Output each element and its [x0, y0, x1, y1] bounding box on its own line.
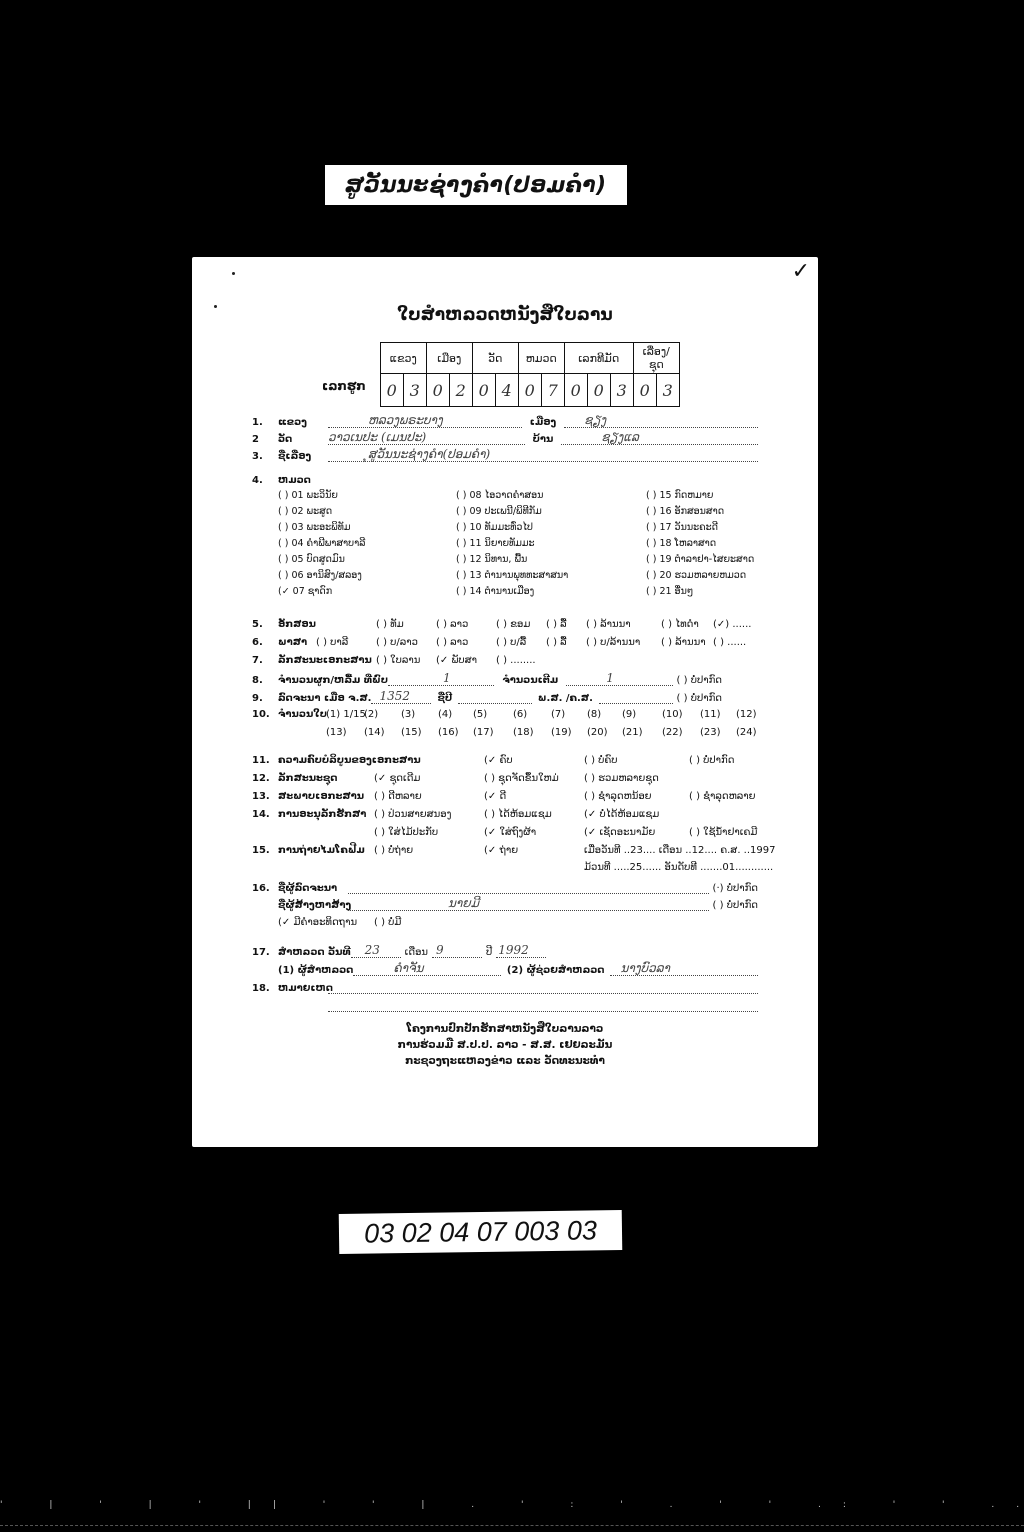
- condition-option[interactable]: (✓ ດີ: [484, 791, 584, 802]
- code-digit[interactable]: 2: [449, 374, 472, 407]
- category-option[interactable]: ( ) 10 ທັມມະທົ່ວໄປ: [456, 522, 646, 533]
- category-option[interactable]: ( ) 01 ພະວິນັຍ: [278, 490, 456, 501]
- code-col-bundle: ເລກທີມັດ: [564, 343, 633, 374]
- language-option[interactable]: ( ) ບ/ລື້: [496, 637, 546, 648]
- condition-option[interactable]: ( ) ຊຳລຸດຫລາຍ: [689, 791, 756, 802]
- code-digit[interactable]: 0: [426, 374, 449, 407]
- category-option[interactable]: ( ) 09 ປະເພນີ/ພິທີກັມ: [456, 506, 646, 517]
- document-id-label: 03 02 04 07 003 03: [339, 1210, 623, 1254]
- field-count-row: 8. ຈຳນວນຜູກ/ຫລື້ມ ທີ່ພົບ 1 ຈຳນວນເຕີມ 1 (…: [252, 673, 722, 686]
- field-completeness-row: 11. ຄວາມຄົບບໍລິບູນຂອງເອກະສານ (✓ ຄົບ ( ) …: [252, 755, 734, 766]
- category-options: ( ) 01 ພະວິນັຍ ( ) 08 ໄອວາດຄຳສອນ ( ) 15 …: [278, 490, 758, 597]
- code-col-district: ເມືອງ: [426, 343, 472, 374]
- remarks-line-2: [328, 999, 758, 1012]
- field-number: 6.: [252, 637, 278, 648]
- field-number: 10.: [252, 709, 278, 720]
- bundle-count-input[interactable]: 1: [388, 673, 494, 686]
- code-digit[interactable]: 0: [633, 374, 656, 407]
- field-label: ຈຳນວນເຕີມ: [502, 675, 558, 686]
- field-number: 3.: [252, 451, 278, 462]
- script-option[interactable]: ( ) ໄທດຳ: [661, 619, 713, 630]
- bundle-count-value: 1: [443, 671, 451, 685]
- field-province-row: 1. ແຂວງ ຫລວງພຣະບາງ ເມືອງ ຊຽງ: [252, 415, 758, 428]
- completeness-option[interactable]: ( ) ບໍ່ຄົບ: [584, 755, 689, 766]
- language-option[interactable]: ( ) ......: [713, 637, 746, 648]
- field-number: 4.: [252, 475, 278, 486]
- sponsor-input[interactable]: ນາຍມີ: [348, 898, 709, 911]
- microfilm-roll: ມ້ວນທີ .....25...... ອັນດັບທີ .......01.…: [584, 862, 773, 873]
- field-number: 12.: [252, 773, 278, 784]
- conservation-option[interactable]: ( ) ໃສ່ໄມ້ປະກັບ: [374, 827, 484, 838]
- dedication-option[interactable]: (✓ ມີຄຳອະທິດຖານ: [278, 917, 374, 928]
- leaf-count-slot[interactable]: (9): [622, 709, 662, 720]
- script-option[interactable]: ( ) ຂອມ: [496, 619, 546, 630]
- category-option[interactable]: ( ) 21 ອື່ນໆ: [646, 586, 758, 597]
- field-microfilm-row: 15. ການຖ່າຍໄມໂຄຟີມ ( ) ບໍ່ຖ່າຍ (✓ ຖ່າຍ ເ…: [252, 845, 775, 856]
- field-label: ຈຳນວນໃບ: [278, 709, 326, 720]
- category-option[interactable]: ( ) 14 ຕຳນານເມືອງ: [456, 586, 646, 597]
- field-label: ພາສາ: [278, 637, 316, 648]
- set-type-option[interactable]: (✓ ຊຸດເດີມ: [374, 773, 484, 784]
- field-label: ວັດ: [278, 434, 328, 445]
- manuscript-title-label: ສູວັນນະຊ່າງຄຳ(ປອມຄຳ): [325, 165, 627, 205]
- conservation-option[interactable]: ( ) ໄດ້ຫ້ອມແຊມ: [484, 809, 584, 820]
- field-number: 17.: [252, 947, 278, 958]
- field-label: ລັກສະນະຊຸດ: [278, 773, 374, 784]
- leaf-count-slot[interactable]: (3): [401, 709, 438, 720]
- story-title-value: ຸສູວັນນະຊ່າງຄຳ(ປອມຄຳ): [368, 447, 490, 461]
- category-option[interactable]: ( ) 05 ບົດສູດມົນ: [278, 554, 456, 565]
- field-number: 14.: [252, 809, 278, 820]
- leaf-count-slot[interactable]: (15): [401, 727, 438, 738]
- field-number: 1.: [252, 417, 278, 428]
- assistant-input[interactable]: ນາງບົວລາ: [610, 963, 758, 976]
- category-option[interactable]: ( ) 03 ພະອະພິທັມ: [278, 522, 456, 533]
- survey-form-card: ✓ ໃບສຳຫລວດຫນັງສືໃບລານ ເລກຮູກ ແຂວງ ເມືອງ …: [192, 257, 818, 1147]
- field-number: 11.: [252, 755, 278, 766]
- leaf-count-slot[interactable]: (12): [736, 709, 757, 720]
- set-type-option[interactable]: ( ) ຊຸດຈັດຂຶ້ນໃຫມ່: [484, 773, 584, 784]
- leaf-count-slot[interactable]: (2): [364, 709, 401, 720]
- dedication-option[interactable]: ( ) ບໍ່ມີ: [374, 917, 401, 928]
- field-label: ຫມວດ: [278, 475, 311, 486]
- field-number: 15.: [252, 845, 278, 856]
- document-type-option[interactable]: ( ) ........: [496, 655, 536, 666]
- condition-option[interactable]: ( ) ດີຫລາຍ: [374, 791, 484, 802]
- temple-input[interactable]: ວາວເນປະ (ເມນປະ): [328, 432, 525, 445]
- code-digit[interactable]: 4: [495, 374, 518, 407]
- survey-month-value: 9: [436, 943, 444, 957]
- leaf-count-slot[interactable]: (7): [551, 709, 587, 720]
- completeness-option[interactable]: ( ) ບໍ່ປາກົດ: [689, 755, 734, 766]
- field-number: 9.: [252, 693, 278, 704]
- leaf-count-slot[interactable]: (4): [438, 709, 473, 720]
- field-label: (2) ຜູ້ຊ່ວຍສຳຫລວດ: [507, 965, 605, 976]
- field-label: ຊື່ເລື່ອງ: [278, 451, 328, 462]
- microfilm-option[interactable]: ( ) ບໍ່ຖ່າຍ: [374, 845, 484, 856]
- set-type-option[interactable]: ( ) ຮວມຫລາຍຊຸດ: [584, 773, 659, 784]
- microfilm-option[interactable]: (✓ ຖ່າຍ: [484, 845, 584, 856]
- footer-cooperation: ການຮ່ວມມື ສ.ປ.ປ. ລາວ - ສ.ສ. ເຢຍລະມັນ: [192, 1037, 818, 1053]
- temple-value: ວາວເນປະ (ເມນປະ): [328, 430, 426, 444]
- code-label: ເລກຮູກ: [322, 379, 366, 393]
- field-number: 2: [252, 434, 278, 445]
- form-title: ໃບສຳຫລວດຫນັງສືໃບລານ: [192, 305, 818, 325]
- field-number: 13.: [252, 791, 278, 802]
- field-remarks-row: 18. ຫມາຍເຫດ: [252, 981, 758, 994]
- extra-count-input[interactable]: 1: [566, 673, 672, 686]
- leaf-count-slot[interactable]: (22): [662, 727, 700, 738]
- field-label: ຊື່ຜູ້ລົດຈະນາ: [278, 883, 348, 894]
- field-label: ຄວາມຄົບບໍລິບູນຂອງເອກະສານ: [278, 755, 484, 766]
- conservation-option[interactable]: ( ) ປ່ວນສາຍສນອງ: [374, 809, 484, 820]
- be-ce-year-input[interactable]: [599, 691, 673, 704]
- unknown-option[interactable]: ( ) ບໍ່ປາກົດ: [677, 693, 722, 704]
- village-input[interactable]: ຊຽງແລ: [561, 432, 758, 445]
- script-option[interactable]: ( ) ລາວ: [436, 619, 496, 630]
- field-leaf-count-row: 10. ຈຳນວນໃບ (1) 1/15 (2) (3) (4) (5) (6)…: [252, 709, 757, 720]
- field-label: ອັກສອນ: [278, 619, 376, 630]
- conservation-option[interactable]: ( ) ໃຊ້ນ້ຳຢາເຄມີ: [689, 827, 757, 838]
- check-mark-icon: ✓: [792, 259, 810, 284]
- unknown-option[interactable]: ( ) ບໍ່ປາກົດ: [713, 900, 758, 911]
- category-option[interactable]: ( ) 02 ພະສູດ: [278, 506, 456, 517]
- leaf-count-slot[interactable]: (20): [587, 727, 622, 738]
- language-option[interactable]: ( ) ລ້ານນາ: [661, 637, 713, 648]
- cs-year-value: 1352: [379, 689, 410, 703]
- field-temple-row: 2 ວັດ ວາວເນປະ (ເມນປະ) ບ້ານ ຊຽງແລ: [252, 432, 758, 445]
- code-col-province: ແຂວງ: [380, 343, 426, 374]
- field-set-type-row: 12. ລັກສະນະຊຸດ (✓ ຊຸດເດີມ ( ) ຊຸດຈັດຂຶ້ນ…: [252, 773, 659, 784]
- field-sponsor-row: ຊື່ຜູ້ສ້າງຫາສ້າງ ນາຍມີ ( ) ບໍ່ປາກົດ: [252, 898, 758, 911]
- field-condition-row: 13. ສະພາບເອກະສານ ( ) ດີຫລາຍ (✓ ດີ ( ) ຊຳ…: [252, 791, 756, 802]
- leaf-count-slot[interactable]: (11): [700, 709, 736, 720]
- remarks-input[interactable]: [328, 981, 758, 994]
- leaf-count-slot[interactable]: (16): [438, 727, 473, 738]
- leaf-count-slot[interactable]: (1) 1/15: [326, 709, 364, 720]
- document-type-option[interactable]: ( ) ໃບລານ: [376, 655, 436, 666]
- category-option[interactable]: ( ) 18 ໂຫລາສາດ: [646, 538, 758, 549]
- extra-count-value: 1: [606, 671, 614, 685]
- language-option[interactable]: ( ) ບາລີ: [316, 637, 376, 648]
- field-leaf-count-row-2: (13) (14) (15) (16) (17) (18) (19) (20) …: [326, 727, 757, 738]
- field-conservation-row-2: ( ) ໃສ່ໄມ້ປະກັບ (✓ ໃສ່ຖົງຜ້າ (✓ ເຊັດອະນາ…: [374, 827, 757, 838]
- footer-ministry: ກະຊວງຖະແຫລງຂ່າວ ແລະ ວັດທະນະທຳ: [192, 1053, 818, 1069]
- language-option[interactable]: ( ) ລາວ: [436, 637, 496, 648]
- code-digit[interactable]: 3: [610, 374, 633, 407]
- code-digit[interactable]: 0: [380, 374, 403, 407]
- leaf-count-slot[interactable]: (23): [700, 727, 736, 738]
- assistant-value: ນາງບົວລາ: [620, 961, 670, 975]
- code-digit[interactable]: 7: [541, 374, 564, 407]
- sponsor-value: ນາຍມີ: [448, 896, 479, 910]
- cs-year-input[interactable]: 1352: [371, 691, 431, 704]
- category-option[interactable]: ( ) 12 ນິທານ, ພື້ນ: [456, 554, 646, 565]
- script-option[interactable]: ( ) ລື້: [546, 619, 586, 630]
- unknown-option[interactable]: (·) ບໍ່ປາກົດ: [713, 883, 758, 894]
- remarks-input-line-2[interactable]: [328, 999, 758, 1012]
- category-option[interactable]: ( ) 13 ຕຳນານພຸທທະສາສນາ: [456, 570, 646, 581]
- field-script-row: 5. ອັກສອນ ( ) ທັມ ( ) ລາວ ( ) ຂອມ ( ) ລື…: [252, 619, 812, 630]
- field-dedication-row: (✓ ມີຄຳອະທິດຖານ ( ) ບໍ່ມີ: [278, 917, 401, 928]
- field-number: 8.: [252, 675, 278, 686]
- field-author-row: 16. ຊື່ຜູ້ລົດຈະນາ (·) ບໍ່ປາກົດ: [252, 881, 758, 894]
- script-option[interactable]: (✓) ......: [713, 619, 751, 630]
- category-option[interactable]: ( ) 17 ວັນນະຄະດີ: [646, 522, 758, 533]
- field-category-row: 4. ຫມວດ: [252, 475, 311, 486]
- speck: [232, 272, 235, 275]
- village-value: ຊຽງແລ: [601, 430, 639, 444]
- field-label: ຊື່ປີ: [437, 693, 452, 704]
- field-label: ຊື່ຜູ້ສ້າງຫາສ້າງ: [278, 900, 348, 911]
- field-label: (1) ຜູ້ສຳຫລວດ: [278, 965, 353, 976]
- field-label: ລົດຈະນາ ເມື່ອ ຈ.ສ.: [278, 693, 371, 704]
- code-digit[interactable]: 3: [656, 374, 679, 407]
- survey-year-value: 1992: [498, 943, 529, 957]
- script-option[interactable]: ( ) ທັມ: [376, 619, 436, 630]
- category-option[interactable]: ( ) 11 ນິຍາຍທັມມະ: [456, 538, 646, 549]
- survey-month-input[interactable]: 9: [432, 945, 482, 958]
- field-number: 16.: [252, 883, 278, 894]
- field-label: ເມືອງ: [530, 417, 556, 428]
- field-label: ພ.ສ. /ຄ.ສ.: [538, 693, 593, 704]
- survey-day-input[interactable]: 23: [351, 945, 401, 958]
- field-label: ຈຳນວນຜູກ/ຫລື້ມ ທີ່ພົບ: [278, 675, 388, 686]
- form-footer: ໂຄງການປົກປັກຮັກສາຫນັງສືໃບລານລາວ ການຮ່ວມມ…: [192, 1021, 818, 1069]
- field-label: ສະພາບເອກະສານ: [278, 791, 374, 802]
- code-digit[interactable]: 0: [587, 374, 610, 407]
- leaf-count-slot[interactable]: (13): [326, 727, 364, 738]
- district-input[interactable]: ຊຽງ: [564, 415, 758, 428]
- field-surveyor-row: (1) ຜູ້ສຳຫລວດ ຄຳຈັນ (2) ຜູ້ຊ່ວຍສຳຫລວດ ນາ…: [278, 963, 758, 976]
- leaf-count-slot[interactable]: (17): [473, 727, 513, 738]
- story-title-input[interactable]: ຸສູວັນນະຊ່າງຄຳ(ປອມຄຳ): [328, 449, 758, 462]
- language-option[interactable]: ( ) ບ/ລາວ: [376, 637, 436, 648]
- leaf-count-slot[interactable]: (8): [587, 709, 622, 720]
- microfilm-roll-row: ມ້ວນທີ .....25...... ອັນດັບທີ .......01.…: [584, 862, 773, 873]
- leaf-count-slot[interactable]: (10): [662, 709, 700, 720]
- conservation-option[interactable]: (✓ ໃສ່ຖົງຜ້າ: [484, 827, 584, 838]
- year-name-input[interactable]: [458, 691, 532, 704]
- code-col-story: ເລື່ອງ/ຊຸດ: [633, 343, 679, 374]
- code-block: ເລກຮູກ ແຂວງ ເມືອງ ວັດ ຫມວດ ເລກທີມັດ ເລື່…: [322, 342, 680, 407]
- unknown-option[interactable]: ( ) ບໍ່ປາກົດ: [677, 675, 722, 686]
- leaf-count-slot[interactable]: (6): [513, 709, 551, 720]
- leaf-count-slot[interactable]: (5): [473, 709, 513, 720]
- film-edge-line: [0, 1525, 1024, 1527]
- condition-option[interactable]: ( ) ຊຳລຸດຫນ້ອຍ: [584, 791, 689, 802]
- code-digit[interactable]: 3: [403, 374, 426, 407]
- author-input[interactable]: [348, 881, 709, 894]
- leaf-count-slot[interactable]: (18): [513, 727, 551, 738]
- survey-year-input[interactable]: 1992: [496, 945, 546, 958]
- field-label: ສຳຫລວດ ວັນທີ: [278, 947, 351, 958]
- category-option[interactable]: (✓ 07 ຊາດົກ: [278, 586, 456, 597]
- province-input[interactable]: ຫລວງພຣະບາງ: [328, 415, 522, 428]
- district-value: ຊຽງ: [584, 413, 606, 427]
- code-digit[interactable]: 0: [518, 374, 541, 407]
- completeness-option[interactable]: (✓ ຄົບ: [484, 755, 584, 766]
- code-col-category: ຫມວດ: [518, 343, 564, 374]
- field-label: ການອະນຸລັກຮັກສາ: [278, 809, 374, 820]
- field-title-row: 3. ຊື່ເລື່ອງ ຸສູວັນນະຊ່າງຄຳ(ປອມຄຳ): [252, 449, 758, 462]
- field-number: 18.: [252, 983, 278, 994]
- field-number: 7.: [252, 655, 278, 666]
- code-digit[interactable]: 0: [472, 374, 495, 407]
- field-label: ລັກສະນະເອກະສານ: [278, 655, 376, 666]
- category-option[interactable]: ( ) 06 ອານິສົງ/ສລອງ: [278, 570, 456, 581]
- category-option[interactable]: ( ) 08 ໄອວາດຄຳສອນ: [456, 490, 646, 501]
- conservation-option[interactable]: (✓ ບໍ່ໄດ້ຫ້ອມແຊມ: [584, 809, 659, 820]
- category-option[interactable]: ( ) 20 ຮວມຫລາຍຫມວດ: [646, 570, 758, 581]
- field-label: ການຖ່າຍໄມໂຄຟີມ: [278, 845, 374, 856]
- footer-project: ໂຄງການປົກປັກຮັກສາຫນັງສືໃບລານລາວ: [192, 1021, 818, 1037]
- field-document-type-row: 7. ລັກສະນະເອກະສານ ( ) ໃບລານ (✓ ພັບສາ ( )…: [252, 655, 536, 666]
- field-label: ຫມາຍເຫດ: [278, 983, 328, 994]
- field-label: ບ້ານ: [533, 434, 554, 445]
- survey-day-value: 23: [365, 943, 380, 957]
- document-type-option[interactable]: (✓ ພັບສາ: [436, 655, 496, 666]
- leaf-count-slot[interactable]: (19): [551, 727, 587, 738]
- film-edge-marks: ' | ' | ' || ' ' | . ' : ' . ' ' .: ' ' …: [0, 1500, 1024, 1532]
- surveyor-input[interactable]: ຄຳຈັນ: [353, 963, 501, 976]
- field-survey-date-row: 17. ສຳຫລວດ ວັນທີ 23 ເດືອນ 9 ປີ 1992: [252, 945, 546, 958]
- category-option[interactable]: ( ) 15 ກົດຫມາຍ: [646, 490, 758, 501]
- province-value: ຫລວງພຣະບາງ: [368, 413, 443, 427]
- category-option[interactable]: ( ) 16 ອັກສອນສາດ: [646, 506, 758, 517]
- field-date-written-row: 9. ລົດຈະນາ ເມື່ອ ຈ.ສ. 1352 ຊື່ປີ ພ.ສ. /ຄ…: [252, 691, 722, 704]
- category-option[interactable]: ( ) 19 ຕຳລາຢາ-ໄສຍະສາດ: [646, 554, 758, 565]
- code-table: ແຂວງ ເມືອງ ວັດ ຫມວດ ເລກທີມັດ ເລື່ອງ/ຊຸດ …: [380, 342, 680, 407]
- conservation-option[interactable]: (✓ ເຊັດອະນາມັຍ: [584, 827, 689, 838]
- field-conservation-row: 14. ການອະນຸລັກຮັກສາ ( ) ປ່ວນສາຍສນອງ ( ) …: [252, 809, 659, 820]
- code-digit[interactable]: 0: [564, 374, 587, 407]
- code-col-temple: ວັດ: [472, 343, 518, 374]
- script-option[interactable]: ( ) ລ້ານນາ: [586, 619, 661, 630]
- surveyor-value: ຄຳຈັນ: [393, 961, 423, 975]
- microfilm-date: ເມື່ອວັນທີ ..23.... ເດືອນ ..12.... ຄ.ສ. …: [584, 845, 775, 856]
- category-option[interactable]: ( ) 04 ຄຳພີພາສາບາລີ: [278, 538, 456, 549]
- field-label: ປີ: [486, 947, 492, 958]
- leaf-count-slot[interactable]: (24): [736, 727, 757, 738]
- language-option[interactable]: ( ) ລື້: [546, 637, 586, 648]
- field-label: ເດືອນ: [405, 947, 428, 958]
- field-language-row: 6. ພາສາ ( ) ບາລີ ( ) ບ/ລາວ ( ) ລາວ ( ) ບ…: [252, 637, 812, 648]
- field-number: 5.: [252, 619, 278, 630]
- field-label: ແຂວງ: [278, 417, 328, 428]
- leaf-count-slot[interactable]: (14): [364, 727, 401, 738]
- language-option[interactable]: ( ) ບ/ລ້ານນາ: [586, 637, 661, 648]
- leaf-count-slot[interactable]: (21): [622, 727, 662, 738]
